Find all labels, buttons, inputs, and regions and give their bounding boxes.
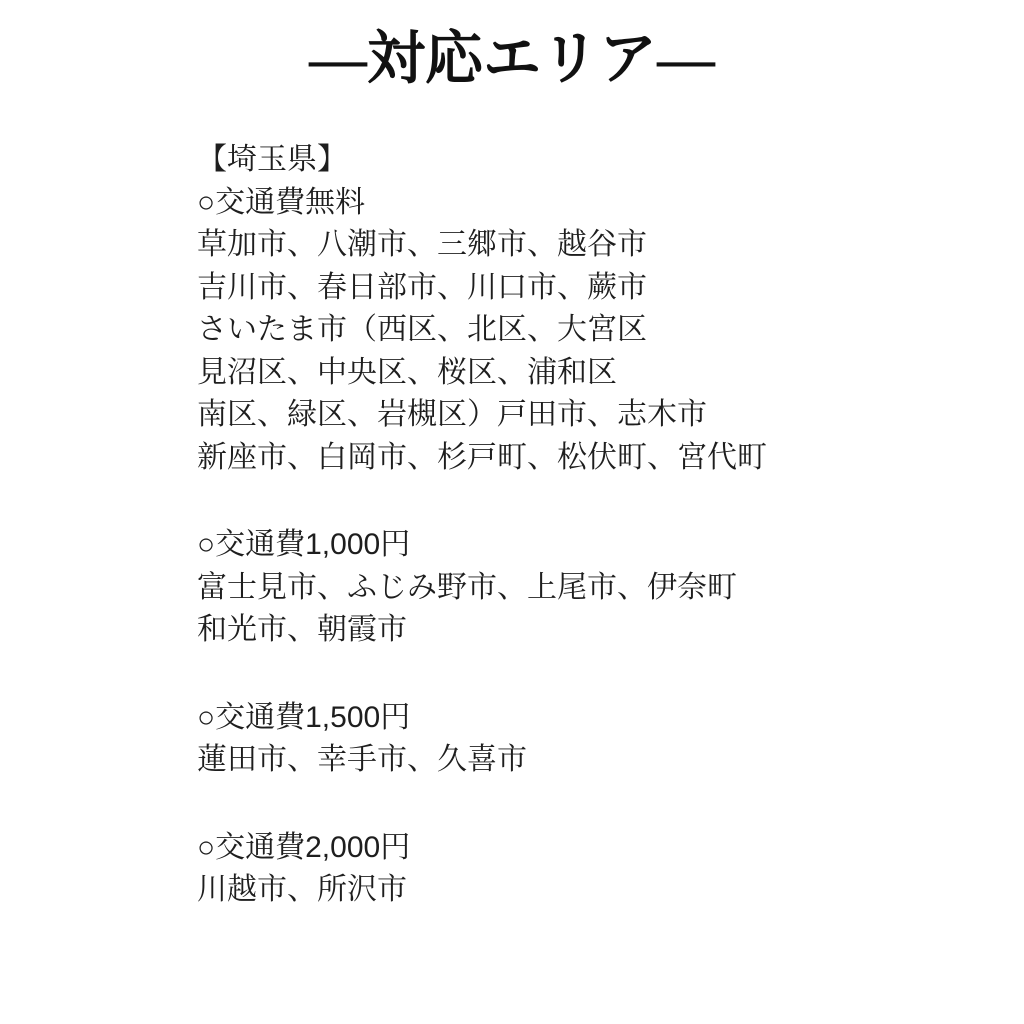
page-title: ―対応エリア― xyxy=(0,24,1024,94)
area-line: 吉川市、春日部市、川口市、蕨市 xyxy=(197,267,997,310)
fee-section-1000: ○交通費1,000円 富士見市、ふじみ野市、上尾市、伊奈町 和光市、朝霞市 xyxy=(197,524,997,652)
fee-label-free: ○交通費無料 xyxy=(197,182,997,225)
fee-section-2000: ○交通費2,000円 川越市、所沢市 xyxy=(197,827,997,912)
area-line: 見沼区、中央区、桜区、浦和区 xyxy=(197,352,997,395)
area-line: 南区、緑区、岩槻区）戸田市、志木市 xyxy=(197,394,997,437)
area-line: 川越市、所沢市 xyxy=(197,869,997,912)
prefecture-heading: 【埼玉県】 xyxy=(197,139,997,182)
fee-section-1500: ○交通費1,500円 蓮田市、幸手市、久喜市 xyxy=(197,697,997,782)
area-line: 新座市、白岡市、杉戸町、松伏町、宮代町 xyxy=(197,437,997,480)
service-area-list: 【埼玉県】 ○交通費無料 草加市、八潮市、三郷市、越谷市 吉川市、春日部市、川口… xyxy=(197,139,997,912)
area-line: 和光市、朝霞市 xyxy=(197,609,997,652)
area-line: 草加市、八潮市、三郷市、越谷市 xyxy=(197,224,997,267)
area-line: 富士見市、ふじみ野市、上尾市、伊奈町 xyxy=(197,567,997,610)
fee-label-1500: ○交通費1,500円 xyxy=(197,697,997,740)
fee-label-2000: ○交通費2,000円 xyxy=(197,827,997,870)
area-line: さいたま市（西区、北区、大宮区 xyxy=(197,309,997,352)
flyer-page: ―対応エリア― 【埼玉県】 ○交通費無料 草加市、八潮市、三郷市、越谷市 吉川市… xyxy=(0,0,1024,1024)
fee-section-free: ○交通費無料 草加市、八潮市、三郷市、越谷市 吉川市、春日部市、川口市、蕨市 さ… xyxy=(197,182,997,480)
area-line: 蓮田市、幸手市、久喜市 xyxy=(197,739,997,782)
fee-label-1000: ○交通費1,000円 xyxy=(197,524,997,567)
